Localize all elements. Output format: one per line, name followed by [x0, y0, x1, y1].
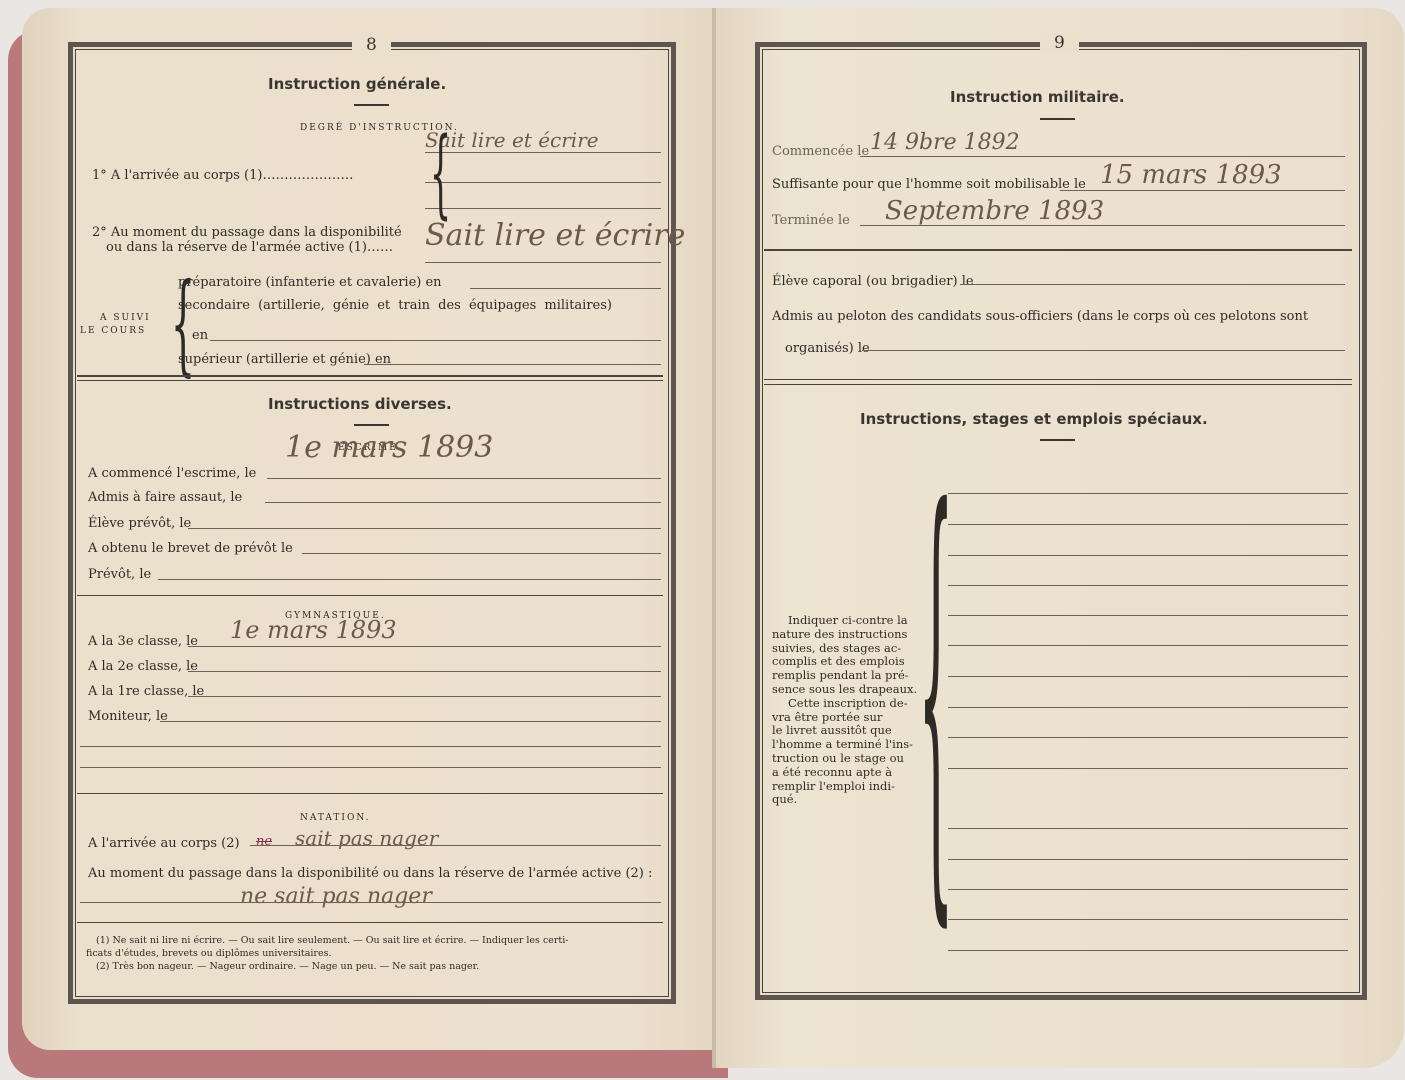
footnote-2: (2) Très bon nageur. — Nageur ordinaire.…	[96, 960, 479, 973]
escrime-row-label: A commencé l'escrime, le	[88, 466, 256, 481]
title-underline	[354, 104, 389, 106]
blank-entry-line	[948, 615, 1348, 616]
peloton-label-line1: Admis au peloton des candidats sous-offi…	[772, 309, 1308, 324]
form-line	[250, 845, 661, 846]
book-gutter	[712, 8, 716, 1068]
form-line	[265, 502, 661, 503]
item2-label-line2: ou dans la réserve de l'armée active (1)…	[106, 240, 393, 255]
blank-entry-line	[948, 737, 1348, 738]
blank-entry-line	[948, 645, 1348, 646]
note-line: nature des instructions	[772, 628, 932, 642]
cours-label-line2: LE COURS	[80, 326, 146, 336]
item1-label: 1° A l'arrivée au corps (1)…………………	[92, 168, 353, 183]
blank-entry-line	[948, 889, 1348, 890]
section-divider	[764, 384, 1352, 385]
stages-instructions-note: Indiquer ci-contre la nature des instruc…	[772, 614, 932, 807]
form-line	[188, 528, 661, 529]
struck-text: ne	[256, 834, 272, 849]
note-line: le livret aussitôt que	[772, 724, 932, 738]
note-line: suivies, des stages ac-	[772, 642, 932, 656]
brace-icon: {	[430, 125, 451, 221]
blank-entry-line	[948, 676, 1348, 677]
note-line: vra être portée sur	[772, 711, 932, 725]
section-title-instruction-generale: Instruction générale.	[268, 75, 446, 93]
title-underline	[1040, 439, 1075, 441]
form-line	[267, 478, 661, 479]
section-title-instruction-militaire: Instruction militaire.	[950, 88, 1125, 106]
handwritten-commencee: 14 9bre 1892	[870, 130, 1020, 155]
form-line	[425, 208, 661, 209]
note-line: complis et des emplois	[772, 655, 932, 669]
gym-row-label: A la 3e classe, le	[88, 634, 198, 649]
form-line	[862, 350, 1345, 351]
blank-entry-line	[948, 768, 1348, 769]
cours-superieur: supérieur (artillerie et génie) en	[178, 352, 391, 367]
handwritten-natation-arrival: sait pas nager	[295, 826, 438, 850]
form-line	[364, 364, 661, 365]
form-line	[302, 553, 661, 554]
militaire-row-label: Commencée le	[772, 144, 869, 159]
form-line	[80, 746, 661, 747]
note-line: l'homme a terminé l'ins-	[772, 738, 932, 752]
handwritten-terminee: Septembre 1893	[885, 196, 1104, 226]
militaire-row-label: Suffisante pour que l'homme soit mobilis…	[772, 177, 1086, 192]
item2-label-line1: 2° Au moment du passage dans la disponib…	[92, 225, 402, 240]
note-line: a été reconnu apte à	[772, 766, 932, 780]
blank-entry-line	[948, 524, 1348, 525]
footnote-1-line2: ficats d'études, brevets ou diplômes uni…	[86, 947, 332, 960]
handwritten-gym-date: 1e mars 1893	[230, 616, 397, 644]
form-line	[210, 340, 661, 341]
blank-entry-line	[948, 555, 1348, 556]
cours-secondaire: secondaire (artillerie, génie et train d…	[178, 298, 612, 313]
section-divider	[77, 922, 663, 923]
form-line	[188, 671, 661, 672]
form-line	[860, 225, 1345, 226]
section-divider	[77, 380, 663, 381]
form-line	[425, 262, 661, 263]
cours-preparatoire: préparatoire (infanterie et cavalerie) e…	[178, 275, 442, 290]
escrime-row-label: A obtenu le brevet de prévôt le	[88, 541, 293, 556]
section-title-stages: Instructions, stages et emplois spéciaux…	[860, 410, 1208, 428]
natation-row2-label: Au moment du passage dans la disponibili…	[88, 866, 652, 881]
gym-row-label: Moniteur, le	[88, 709, 168, 724]
title-underline	[1040, 118, 1075, 120]
escrime-row-label: Élève prévôt, le	[88, 516, 191, 531]
form-line	[960, 284, 1345, 285]
form-line	[158, 579, 661, 580]
form-line	[425, 182, 661, 183]
note-line: remplis pendant la pré-	[772, 669, 932, 683]
section-title-instructions-diverses: Instructions diverses.	[268, 395, 452, 413]
escrime-row-label: Prévôt, le	[88, 567, 151, 582]
page-number-right: 9	[1040, 33, 1079, 53]
form-line	[1060, 190, 1345, 191]
handwritten-degree-reserve: Sait lire et écrire	[425, 218, 685, 253]
form-line	[470, 288, 661, 289]
form-line	[188, 646, 661, 647]
note-line: Indiquer ci-contre la	[772, 614, 932, 628]
natation-heading: NATATION.	[300, 813, 371, 823]
blank-entry-line	[948, 493, 1348, 494]
gym-row-label: A la 1re classe, le	[88, 684, 204, 699]
eleve-caporal-label: Élève caporal (ou brigadier) le	[772, 274, 974, 289]
form-line	[80, 767, 661, 768]
cours-label-line1: A SUIVI	[100, 313, 151, 323]
footnote-1-line1: (1) Ne sait ni lire ni écrire. — Ou sait…	[96, 934, 569, 947]
escrime-row-label: Admis à faire assaut, le	[88, 490, 242, 505]
form-line	[425, 152, 661, 153]
note-line: Cette inscription de-	[772, 697, 932, 711]
title-underline	[354, 424, 389, 426]
note-line: sence sous les drapeaux.	[772, 683, 932, 697]
page-number-left: 8	[352, 35, 391, 55]
blank-entry-line	[948, 828, 1348, 829]
blank-entry-line	[948, 585, 1348, 586]
form-line	[80, 902, 661, 903]
section-divider	[764, 249, 1352, 251]
section-divider	[764, 379, 1352, 380]
blank-entry-line	[948, 919, 1348, 920]
section-divider	[77, 375, 663, 377]
note-line: truction ou le stage ou	[772, 752, 932, 766]
form-line	[860, 156, 1345, 157]
note-line: qué.	[772, 793, 932, 807]
note-line: remplir l'emploi indi-	[772, 780, 932, 794]
blank-entry-line	[948, 950, 1348, 951]
section-divider	[77, 793, 663, 794]
handwritten-escrime-date: 1e mars 1893	[285, 430, 493, 465]
handwritten-natation-reserve: ne sait pas nager	[240, 884, 432, 909]
cours-secondaire-en: en	[192, 328, 208, 343]
section-divider	[77, 595, 663, 596]
militaire-row-label: Terminée le	[772, 213, 850, 228]
blank-entry-line	[948, 859, 1348, 860]
peloton-label-line2: organisés) le	[785, 341, 870, 356]
form-line	[188, 696, 661, 697]
form-line	[160, 721, 661, 722]
handwritten-mobilisable: 15 mars 1893	[1100, 160, 1282, 190]
gym-row-label: A la 2e classe, le	[88, 659, 198, 674]
blank-entry-line	[948, 707, 1348, 708]
natation-row1-label: A l'arrivée au corps (2)	[88, 836, 240, 851]
